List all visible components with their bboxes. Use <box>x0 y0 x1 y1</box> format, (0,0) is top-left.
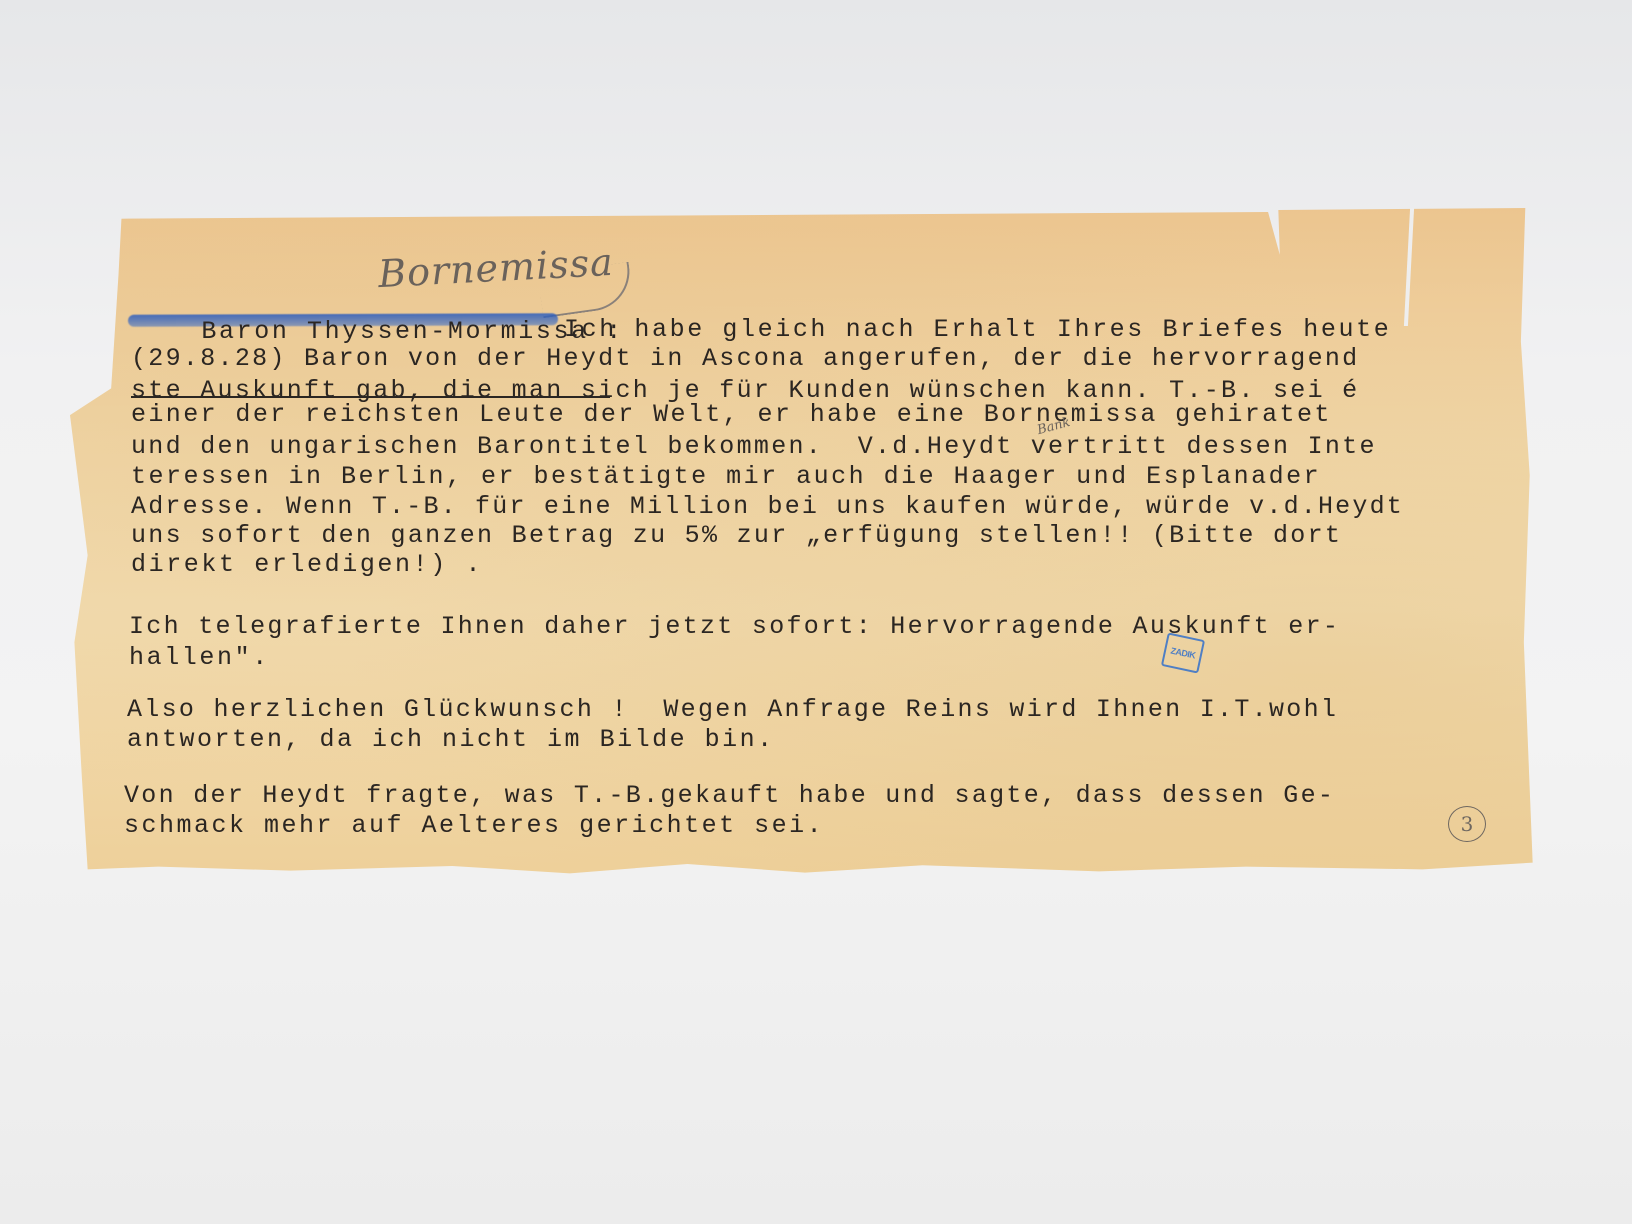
text-line: hallen". <box>129 645 270 670</box>
text-line: und den ungarischen Barontitel bekommen.… <box>131 434 1377 459</box>
text-line: Von der Heydt fragte, was T.-B.gekauft h… <box>124 783 1335 808</box>
text-line: (29.8.28) Baron von der Heydt in Ascona … <box>131 346 1359 371</box>
text-line: direkt erledigen!) . <box>131 552 483 577</box>
text-line: Ich habe gleich nach Erhalt Ihres Briefe… <box>564 317 1391 342</box>
text-line: antworten, da ich nicht im Bilde bin. <box>127 727 775 752</box>
text-line: teressen in Berlin, er bestätigte mir au… <box>131 464 1321 489</box>
text-line: Adresse. Wenn T.-B. für eine Million bei… <box>131 494 1404 519</box>
text-line: Also herzlichen Glückwunsch ! Wegen Anfr… <box>127 697 1338 722</box>
heading-text: Baron Thyssen-Mormissa : <box>201 317 623 346</box>
text-line: schmack mehr auf Aelteres gerichtet sei. <box>124 813 824 838</box>
text-line: uns sofort den ganzen Betrag zu 5% zur „… <box>131 523 1342 548</box>
page-number-circle: 3 <box>1448 806 1486 842</box>
text-line: einer der reichsten Leute der Welt, er h… <box>131 402 1332 427</box>
text-line: Ich telegrafierte Ihnen daher jetzt sofo… <box>129 614 1340 639</box>
